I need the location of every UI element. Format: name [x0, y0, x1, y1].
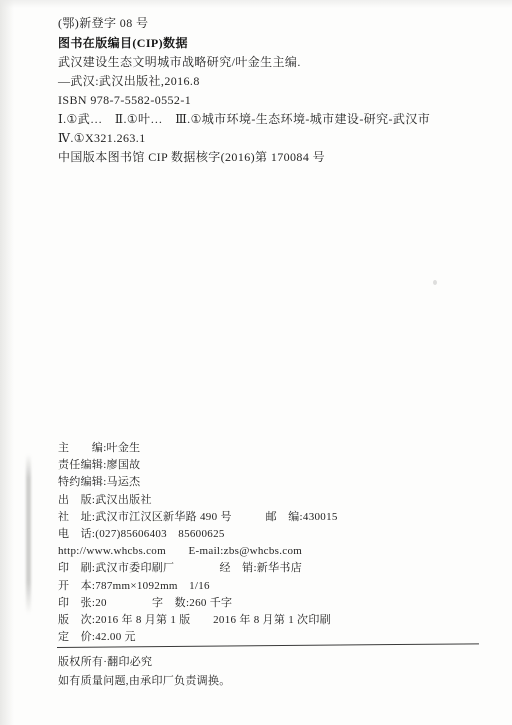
responsible-editor-line: 责任编辑:廖国故: [58, 457, 492, 474]
website-email-line: http://www.whcbs.com E-mail:zbs@whcbs.co…: [58, 543, 492, 560]
cip-verification-line: 中国版本图书馆 CIP 数据核字(2016)第 170084 号: [58, 148, 484, 167]
cip-isbn-line: ISBN 978-7-5582-0552-1: [58, 91, 484, 110]
cip-classification-line: Ⅰ.①武… Ⅱ.①叶… Ⅲ.①城市环境-生态环境-城市建设-研究-武汉市: [58, 110, 484, 129]
cip-title-line: 武汉建设生态文明城市战略研究/叶金生主编.: [58, 53, 484, 72]
all-rights-reserved-line: 版权所有·翻印必究: [58, 653, 231, 672]
chief-editor-line: 主 编:叶金生: [58, 440, 492, 457]
phone-line: 电 话:(027)85606403 85600625: [58, 526, 492, 543]
scan-binding-streak: [26, 454, 31, 614]
address-postcode-line: 社 址:武汉市江汉区新华路 490 号 邮 编:430015: [58, 509, 492, 526]
registration-number: (鄂)新登字 08 号: [58, 14, 484, 33]
format-line: 开 本:787mm×1092mm 1/16: [58, 578, 492, 595]
publisher-line: 出 版:武汉出版社: [58, 492, 492, 509]
book-copyright-page: (鄂)新登字 08 号 图书在版编目(CIP)数据 武汉建设生态文明城市战略研究…: [0, 0, 512, 725]
edition-line: 版 次:2016 年 8 月第 1 版 2016 年 8 月第 1 次印刷: [58, 612, 492, 629]
copyright-notice-block: 版权所有·翻印必究 如有质量问题,由承印厂负责调换。: [58, 653, 231, 690]
scan-speck: [433, 280, 437, 285]
special-editor-line: 特约编辑:马运杰: [58, 474, 492, 491]
publishing-info-block: 主 编:叶金生 责任编辑:廖国故 特约编辑:马运杰 出 版:武汉出版社 社 址:…: [58, 440, 492, 646]
cip-class-number-line: Ⅳ.①X321.263.1: [58, 129, 484, 148]
quality-notice-line: 如有质量问题,由承印厂负责调换。: [58, 672, 231, 691]
cip-publisher-line: —武汉:武汉出版社,2016.8: [58, 72, 484, 91]
scan-edge-shadow-top: [0, 0, 512, 8]
cip-heading: 图书在版编目(CIP)数据: [58, 34, 484, 53]
cip-data-block: (鄂)新登字 08 号 图书在版编目(CIP)数据 武汉建设生态文明城市战略研究…: [58, 14, 484, 167]
scan-edge-shadow-left: [0, 0, 14, 725]
printer-distributor-line: 印 刷:武汉市委印刷厂 经 销:新华书店: [58, 560, 492, 577]
sheets-wordcount-line: 印 张:20 字 数:260 千字: [58, 595, 492, 612]
